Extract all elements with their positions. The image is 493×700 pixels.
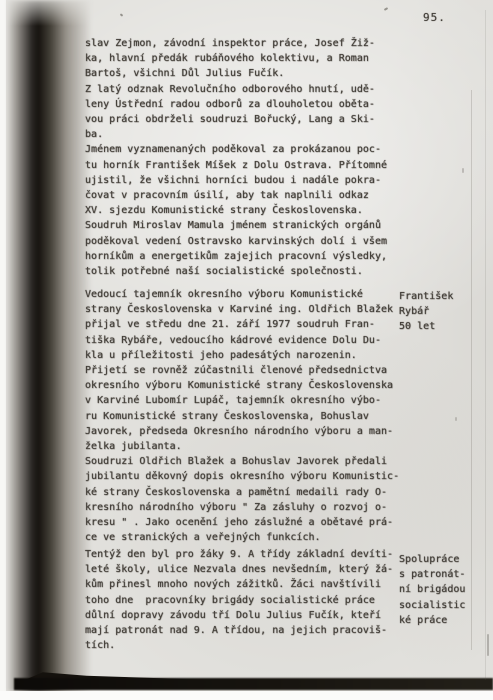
scan-speck [487,634,489,656]
scan-background-strip [0,691,493,700]
body-paragraph-awards: slav Zejmon, závodní inspektor práce, Jo… [85,36,401,279]
scan-speck [455,417,457,421]
binding-top-fade [6,0,92,26]
scan-speck [462,168,464,173]
page-number: 95. [423,11,446,24]
margin-note-frantisek-rybar: František Rybář 50 let [399,289,489,335]
margin-note-spoluprace: Spolupráce s patronát- ní brigádou socia… [399,552,489,628]
page-bottom-edge-shadow [14,678,493,690]
body-paragraph-jubilee: Vedoucí tajemník okresního výboru Komuni… [85,287,401,545]
scanned-chronicle-page: 95. slav Zejmon, závodní inspektor práce… [0,0,493,700]
body-paragraph-school-visit: Tentýž den byl pro žáky 9. A třídy zákla… [85,547,401,653]
book-binding-shadow [6,0,92,691]
